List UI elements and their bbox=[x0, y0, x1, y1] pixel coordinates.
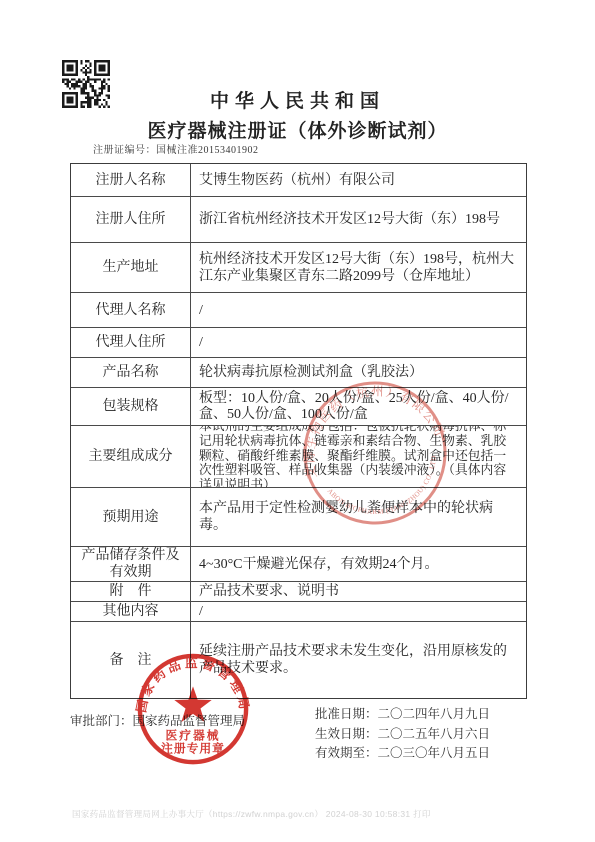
stamp-line1: 医疗器械 bbox=[165, 728, 220, 742]
row-label: 生产地址 bbox=[71, 243, 191, 292]
row-value: 本试剂的主要组成成分包括：包被抗轮状病毒抗体、标记用轮状病毒抗体、链霉亲和素结合… bbox=[191, 426, 526, 487]
row-label: 代理人住所 bbox=[71, 328, 191, 357]
row-label: 主要组成成分 bbox=[71, 426, 191, 487]
table-row: 注册人名称 艾博生物医药（杭州）有限公司 bbox=[71, 164, 526, 197]
table-row: 注册人住所 浙江省杭州经济技术开发区12号大街（东）198号 bbox=[71, 197, 526, 243]
table-row: 包装规格 板型：10人份/盒、20人份/盒、25人份/盒、40人份/盒、50人份… bbox=[71, 388, 526, 426]
dates-block: 批准日期：二〇二四年八月九日 生效日期：二〇二五年八月六日 有效期至：二〇三〇年… bbox=[315, 705, 490, 764]
title-certificate: 医疗器械注册证（体外诊断试剂） bbox=[0, 116, 595, 143]
stamp-line2: 注册专用章 bbox=[161, 741, 225, 755]
table-row: 代理人名称 / bbox=[71, 293, 526, 328]
row-label: 预期用途 bbox=[71, 488, 191, 546]
certificate-page: 中华人民共和国 医疗器械注册证（体外诊断试剂） 注册证编号：国械注准201534… bbox=[0, 0, 595, 842]
title-country: 中华人民共和国 bbox=[0, 86, 595, 113]
certificate-table: 注册人名称 艾博生物医药（杭州）有限公司 注册人住所 浙江省杭州经济技术开发区1… bbox=[70, 163, 527, 699]
row-label: 注册人住所 bbox=[71, 197, 191, 242]
row-value: 延续注册产品技术要求未发生变化，沿用原核发的产品技术要求。 bbox=[191, 622, 526, 698]
valid-until: 有效期至：二〇三〇年八月五日 bbox=[315, 744, 490, 764]
approve-date: 批准日期：二〇二四年八月九日 bbox=[315, 705, 490, 725]
row-value: 产品技术要求、说明书 bbox=[191, 582, 526, 601]
table-row: 产品名称 轮状病毒抗原检测试剂盒（乳胶法） bbox=[71, 358, 526, 388]
effective-date: 生效日期：二〇二五年八月六日 bbox=[315, 725, 490, 745]
table-row: 代理人住所 / bbox=[71, 328, 526, 358]
table-row: 其他内容 / bbox=[71, 602, 526, 622]
row-value: / bbox=[191, 602, 526, 621]
table-row: 预期用途 本产品用于定性检测婴幼儿粪便样本中的轮状病毒。 bbox=[71, 488, 526, 547]
row-label: 产品储存条件及有效期 bbox=[71, 547, 191, 581]
row-value: 浙江省杭州经济技术开发区12号大街（东）198号 bbox=[191, 197, 526, 242]
registration-number: 注册证编号：国械注准20153401902 bbox=[93, 141, 259, 156]
title-block: 中华人民共和国 医疗器械注册证（体外诊断试剂） bbox=[0, 86, 595, 143]
row-value: 轮状病毒抗原检测试剂盒（乳胶法） bbox=[191, 358, 526, 387]
table-row: 备 注 延续注册产品技术要求未发生变化，沿用原核发的产品技术要求。 bbox=[71, 622, 526, 698]
row-label: 备 注 bbox=[71, 622, 191, 698]
print-footer: 国家药品监督管理局网上办事大厅（https://zwfw.nmpa.gov.cn… bbox=[72, 808, 532, 820]
row-label: 产品名称 bbox=[71, 358, 191, 387]
row-label: 注册人名称 bbox=[71, 164, 191, 196]
row-label: 附 件 bbox=[71, 582, 191, 601]
row-value: / bbox=[191, 293, 526, 327]
row-label: 其他内容 bbox=[71, 602, 191, 621]
row-value: 杭州经济技术开发区12号大街（东）198号，杭州大江东产业集聚区青东二路2099… bbox=[191, 243, 526, 292]
row-value: 艾博生物医药（杭州）有限公司 bbox=[191, 164, 526, 196]
table-row: 产品储存条件及有效期 4~30°C干燥避光保存，有效期24个月。 bbox=[71, 547, 526, 582]
row-value: 本产品用于定性检测婴幼儿粪便样本中的轮状病毒。 bbox=[191, 488, 526, 546]
table-row: 主要组成成分 本试剂的主要组成成分包括：包被抗轮状病毒抗体、标记用轮状病毒抗体、… bbox=[71, 426, 526, 488]
table-row: 生产地址 杭州经济技术开发区12号大街（东）198号，杭州大江东产业集聚区青东二… bbox=[71, 243, 526, 293]
approval-department: 审批部门：国家药品监督管理局 bbox=[70, 711, 245, 729]
row-value: / bbox=[191, 328, 526, 357]
row-value: 4~30°C干燥避光保存，有效期24个月。 bbox=[191, 547, 526, 581]
table-row: 附 件 产品技术要求、说明书 bbox=[71, 582, 526, 602]
row-value: 板型：10人份/盒、20人份/盒、25人份/盒、40人份/盒、50人份/盒、10… bbox=[191, 388, 526, 425]
row-label: 包装规格 bbox=[71, 388, 191, 425]
row-label: 代理人名称 bbox=[71, 293, 191, 327]
